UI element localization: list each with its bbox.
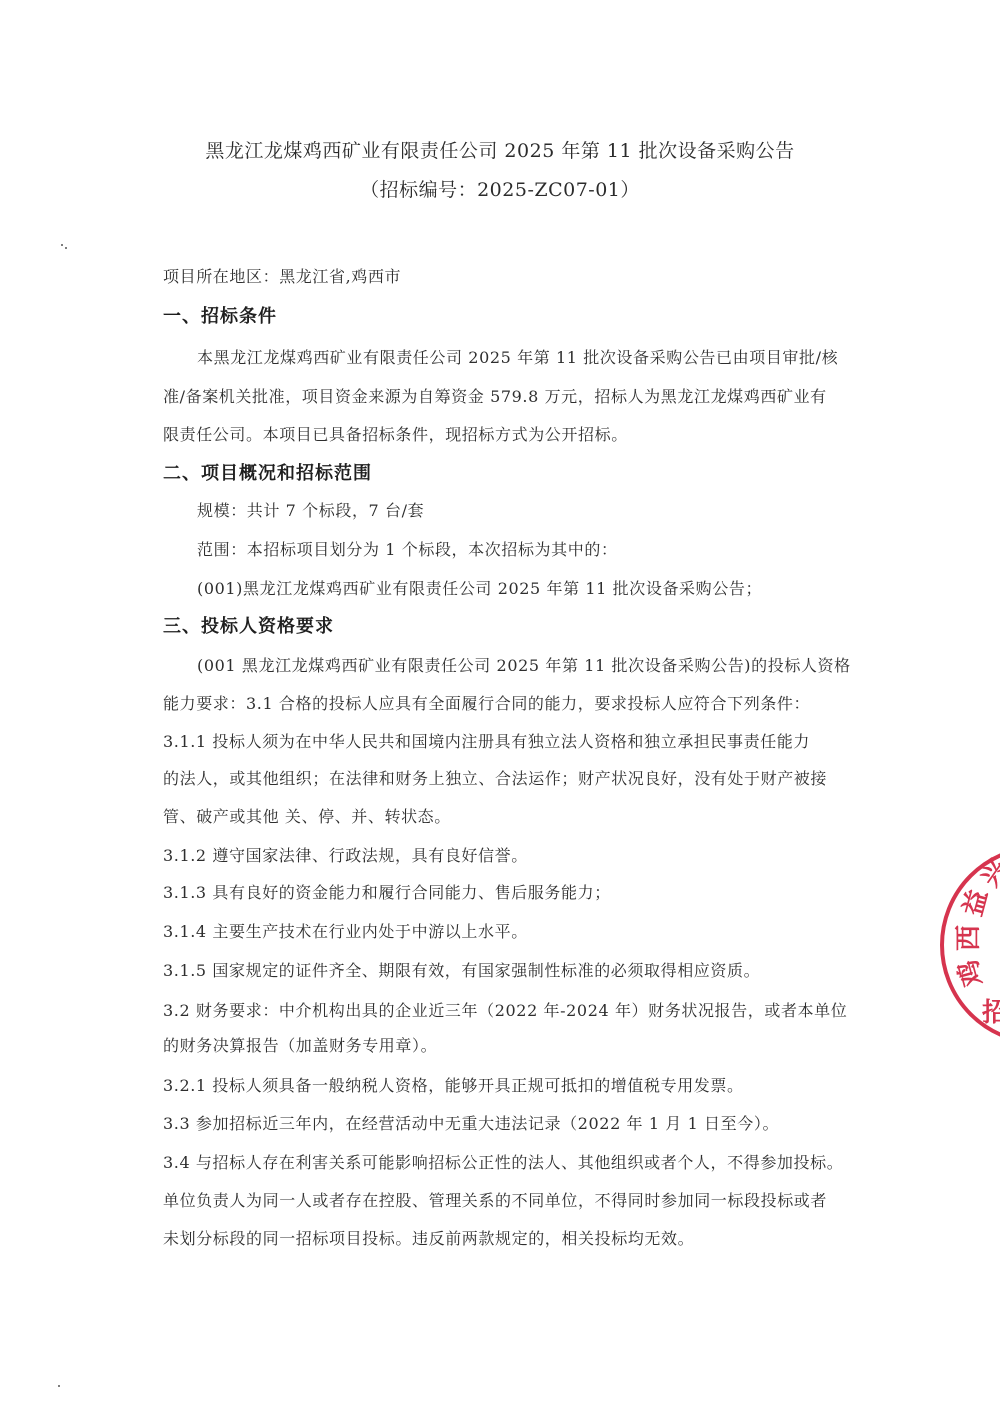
section-1-line: 准/备案机关批准，项目资金来源为自筹资金 579.8 万元，招标人为黑龙江龙煤鸡… <box>163 384 853 407</box>
section-3-line: 管、破产或其他 关、停、并、转状态。 <box>163 804 853 827</box>
stamp-char: 西 <box>956 925 982 951</box>
section-2-line: 范围：本招标项目划分为 1 个标段，本次招标为其中的： <box>197 537 887 560</box>
section-heading-1: 一、招标条件 <box>163 302 853 328</box>
section-2-line: (001)黑龙江龙煤鸡西矿业有限责任公司 2025 年第 11 批次设备采购公告… <box>197 576 887 599</box>
bid-number: （招标编号：2025-ZC07-01） <box>0 175 1000 202</box>
section-3-line: 3.1.4 主要生产技术在行业内处于中游以上水平。 <box>163 919 853 942</box>
section-heading-3: 三、投标人资格要求 <box>163 612 853 638</box>
document-title: 黑龙江龙煤鸡西矿业有限责任公司 2025 年第 11 批次设备采购公告 <box>0 136 1000 163</box>
section-3-line: (001 黑龙江龙煤鸡西矿业有限责任公司 2025 年第 11 批次设备采购公告… <box>197 653 887 676</box>
scan-speck <box>65 247 67 249</box>
section-3-line: 3.2 财务要求：中介机构出具的企业近三年（2022 年-2024 年）财务状况… <box>163 998 853 1021</box>
section-3-line: 单位负责人为同一人或者存在控股、管理关系的不同单位，不得同时参加同一标段投标或者 <box>163 1188 853 1211</box>
section-3-line: 3.3 参加招标近三年内，在经营活动中无重大违法记录（2022 年 1 月 1 … <box>163 1111 853 1134</box>
section-3-line: 3.1.5 国家规定的证件齐全、期限有效，有国家强制性标准的必须取得相应资质。 <box>163 958 853 981</box>
section-3-line: 3.2.1 投标人须具备一般纳税人资格，能够开具正规可抵扣的增值税专用发票。 <box>163 1073 853 1096</box>
section-3-line: 的法人，或其他组织；在法律和财务上独立、合法运作；财产状况良好，没有处于财产被接 <box>163 766 853 789</box>
section-3-line: 3.1.2 遵守国家法律、行政法规，具有良好信誉。 <box>163 843 853 866</box>
section-1-line: 本黑龙江龙煤鸡西矿业有限责任公司 2025 年第 11 批次设备采购公告已由项目… <box>197 345 887 368</box>
section-3-line: 3.4 与招标人存在利害关系可能影响招标公正性的法人、其他组织或者个人，不得参加… <box>163 1150 853 1173</box>
section-2-line: 规模：共计 7 个标段，7 台/套 <box>197 498 887 521</box>
stamp-char: 招 <box>982 1000 1000 1026</box>
section-1-line: 限责任公司。本项目已具备招标条件，现招标方式为公开招标。 <box>163 422 853 445</box>
scan-speck <box>58 1385 60 1387</box>
scan-speck <box>61 244 63 246</box>
project-location: 项目所在地区：黑龙江省,鸡西市 <box>163 264 853 287</box>
section-3-line: 的财务决算报告（加盖财务专用章）。 <box>163 1033 853 1056</box>
document-page: 黑龙江龙煤鸡西矿业有限责任公司 2025 年第 11 批次设备采购公告 （招标编… <box>0 0 1000 1426</box>
section-3-line: 未划分标段的同一招标项目投标。违反前两款规定的，相关投标均无效。 <box>163 1226 853 1249</box>
section-3-line: 3.1.3 具有良好的资金能力和履行合同能力、售后服务能力； <box>163 880 853 903</box>
section-heading-2: 二、项目概况和招标范围 <box>163 459 853 485</box>
section-3-line: 3.1.1 投标人须为在中华人民共和国境内注册具有独立法人资格和独立承担民事责任… <box>163 729 853 752</box>
section-3-line: 能力要求：3.1 合格的投标人应具有全面履行合同的能力，要求投标人应符合下列条件… <box>163 691 853 714</box>
